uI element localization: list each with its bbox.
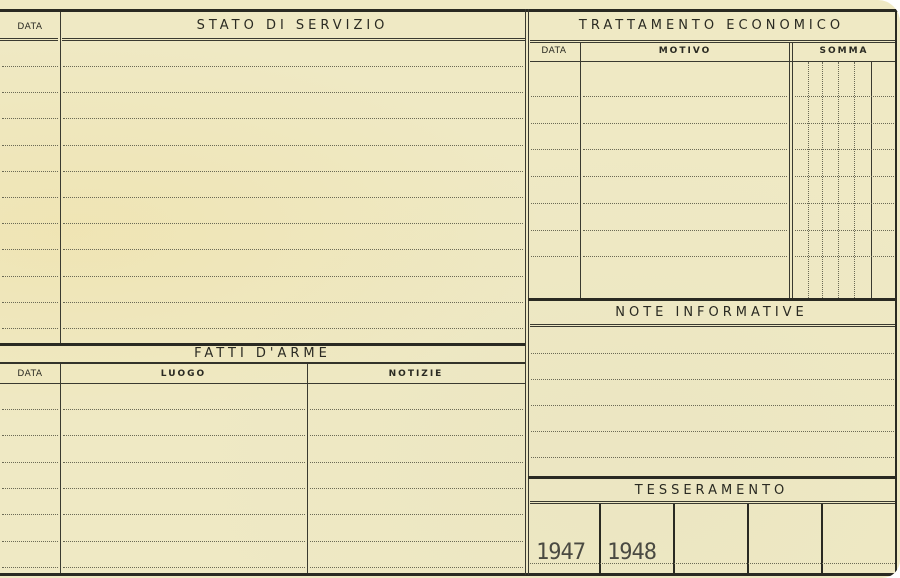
dotted-rule xyxy=(2,223,58,224)
dotted-rule xyxy=(795,230,894,231)
dotted-rule xyxy=(2,409,58,410)
note-title-rule xyxy=(530,324,895,325)
fatti-col-data: DATA xyxy=(0,369,60,379)
dotted-rule xyxy=(63,276,523,277)
stato-data-column-divider xyxy=(60,12,61,343)
fatti-d-arme-title: FATTI D'ARME xyxy=(0,346,525,361)
note-title-rule-2 xyxy=(530,326,895,327)
dotted-rule xyxy=(583,230,787,231)
dotted-rule xyxy=(63,488,305,489)
dotted-rule xyxy=(2,197,58,198)
dotted-rule xyxy=(2,66,58,67)
dotted-rule xyxy=(310,409,523,410)
dotted-rule xyxy=(531,431,894,432)
fatti-divider-2 xyxy=(307,364,308,573)
dotted-rule xyxy=(63,223,523,224)
trattamento-col-motivo: MOTIVO xyxy=(580,46,790,56)
dotted-rule xyxy=(63,145,523,146)
dotted-rule xyxy=(2,118,58,119)
dotted-rule xyxy=(63,328,523,329)
dotted-rule xyxy=(2,567,58,568)
dotted-rule xyxy=(583,123,787,124)
fatti-header-rule xyxy=(0,383,525,384)
note-top-border xyxy=(528,298,896,301)
dotted-rule xyxy=(531,405,894,406)
dotted-rule xyxy=(531,123,578,124)
dotted-rule xyxy=(2,145,58,146)
trattamento-header-rule xyxy=(530,61,895,62)
dotted-rule xyxy=(63,197,523,198)
tesseramento-year-4-cell[interactable] xyxy=(750,506,820,572)
dotted-rule xyxy=(531,457,894,458)
center-divider xyxy=(525,9,526,575)
stato-col-data: DATA xyxy=(0,22,60,32)
dotted-rule xyxy=(795,96,894,97)
bottom-border xyxy=(0,573,898,576)
dotted-rule xyxy=(63,462,305,463)
tesseramento-top-border xyxy=(528,476,896,479)
dotted-rule xyxy=(63,118,523,119)
dotted-rule xyxy=(2,276,58,277)
dotted-rule xyxy=(795,203,894,204)
fatti-col-notizie: NOTIZIE xyxy=(307,369,525,379)
dotted-rule xyxy=(2,328,58,329)
dotted-rule xyxy=(63,92,523,93)
dotted-rule xyxy=(63,409,305,410)
somma-subcol-4 xyxy=(854,62,855,298)
stato-header-rule xyxy=(0,38,58,39)
dotted-rule xyxy=(2,462,58,463)
fatti-title-rule xyxy=(0,362,525,364)
right-border xyxy=(895,9,897,575)
dotted-rule xyxy=(531,96,578,97)
dotted-rule xyxy=(583,149,787,150)
trattamento-divider-3 xyxy=(792,42,793,298)
dotted-rule xyxy=(2,249,58,250)
dotted-rule xyxy=(63,249,523,250)
trattamento-divider-2 xyxy=(789,42,790,298)
fatti-col-luogo: LUOGO xyxy=(60,369,307,379)
dotted-rule xyxy=(583,176,787,177)
dotted-rule xyxy=(63,302,523,303)
tesseramento-year-5-cell[interactable] xyxy=(824,506,894,572)
dotted-rule xyxy=(583,203,787,204)
stato-header-rule-3 xyxy=(62,38,525,39)
dotted-rule xyxy=(2,541,58,542)
dotted-rule xyxy=(2,92,58,93)
tesseramento-title-rule-2 xyxy=(530,503,895,504)
dotted-rule xyxy=(2,488,58,489)
dotted-rule xyxy=(531,379,894,380)
dotted-rule xyxy=(795,123,894,124)
dotted-rule xyxy=(63,567,305,568)
dotted-rule xyxy=(63,66,523,67)
dotted-rule xyxy=(531,256,578,257)
somma-subcol-2 xyxy=(822,62,823,298)
somma-decimal-divider xyxy=(871,62,872,298)
trattamento-economico-title: TRATTAMENTO ECONOMICO xyxy=(528,18,895,33)
dotted-rule xyxy=(310,514,523,515)
dotted-rule xyxy=(310,462,523,463)
dotted-rule xyxy=(2,302,58,303)
note-informative-title: NOTE INFORMATIVE xyxy=(528,305,895,320)
dotted-rule xyxy=(531,149,578,150)
stato-di-servizio-title: STATO DI SERVIZIO xyxy=(60,18,525,33)
dotted-rule xyxy=(531,353,894,354)
dotted-rule xyxy=(310,541,523,542)
trattamento-col-somma: SOMMA xyxy=(792,46,896,56)
dotted-rule xyxy=(310,488,523,489)
dotted-rule xyxy=(310,567,523,568)
trattamento-title-rule-2 xyxy=(530,42,895,43)
dotted-rule xyxy=(310,435,523,436)
dotted-rule xyxy=(583,256,787,257)
dotted-rule xyxy=(2,514,58,515)
dotted-rule xyxy=(795,256,894,257)
tesseramento-year-2: 1948 xyxy=(607,540,656,565)
tesseramento-title-rule xyxy=(530,501,895,502)
service-record-card: DATA STATO DI SERVIZIO FATTI D'ARME DATA… xyxy=(0,0,900,578)
dotted-rule xyxy=(583,96,787,97)
stato-header-rule-2 xyxy=(0,40,58,41)
dotted-rule xyxy=(531,203,578,204)
trattamento-col-data: DATA xyxy=(528,46,580,56)
tesseramento-year-3-cell[interactable] xyxy=(676,506,746,572)
somma-subcol-3 xyxy=(838,62,839,298)
dotted-rule xyxy=(531,176,578,177)
tesseramento-title: TESSERAMENTO xyxy=(528,483,895,498)
dotted-rule xyxy=(2,435,58,436)
dotted-rule xyxy=(795,176,894,177)
dotted-rule xyxy=(531,230,578,231)
fatti-divider-1 xyxy=(60,364,61,573)
trattamento-divider-1 xyxy=(580,42,581,298)
dotted-rule xyxy=(63,171,523,172)
trattamento-title-rule xyxy=(530,40,895,41)
top-border xyxy=(0,9,898,12)
stato-header-rule-4 xyxy=(62,40,525,41)
dotted-rule xyxy=(795,149,894,150)
dotted-rule xyxy=(63,541,305,542)
dotted-rule xyxy=(63,435,305,436)
somma-subcol-1 xyxy=(808,62,809,298)
dotted-rule xyxy=(2,171,58,172)
tesseramento-year-1: 1947 xyxy=(536,540,585,565)
dotted-rule xyxy=(63,514,305,515)
